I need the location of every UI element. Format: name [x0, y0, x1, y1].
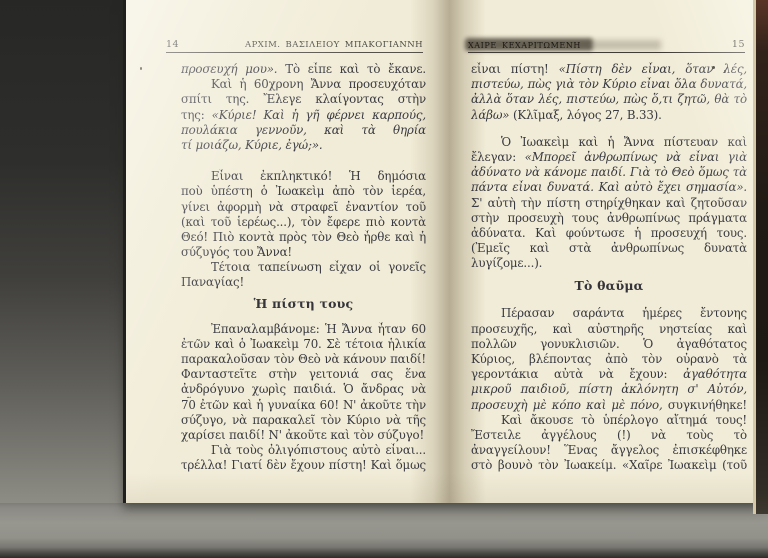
text-segment: στὴν προσευχὴ τους ἀνθρωπίνως πράγματα: [471, 211, 747, 225]
running-header-left: ΑΡΧΙΜ. ΒΑΣΙΛΕΙΟΥ ΜΠΑΚΟΓΙΑΝΝΗ: [245, 40, 423, 50]
text-segment: Γιὰ τοὺς ὀλιγόπιστους αὐτὸ εἶναι...: [211, 443, 426, 457]
text-segment: ἔλεγαν:: [471, 150, 525, 164]
text-line: Παναγίας!: [181, 275, 426, 290]
italic-text-segment: «Κύριε! Καὶ ἡ γῆ φέρνει καρπούς, καὶ τὰ: [181, 108, 426, 123]
text-segment: Ἐπαναλαμβάνομε: Ἡ Ἄννα ἦταν 60: [211, 322, 426, 336]
text-segment: Καὶ ἄκουσε τὸ ὑπέρλογο αἴτημά τους!: [501, 413, 747, 427]
text-line: λυγίζομε...).: [471, 256, 747, 271]
text-segment: Τὸ εἶπε καὶ τὸ ἔκανε.: [277, 62, 426, 76]
text-line: Εἶναι ἐκπληκτικό! Ἡ δημόσια προσβολὴ: [181, 169, 426, 184]
italic-text-segment: ἀγαθότητα: [683, 367, 747, 381]
paragraph-block: Ἐπαναλαμβάνομε: Ἡ Ἄννα ἦταν 60ἐτῶν καὶ ὁ…: [181, 322, 426, 474]
text-segment: τρέλλα! Γιατί δὲν ἔχουν πίστη! Καὶ ὅμως …: [181, 458, 426, 473]
text-line: Καὶ ἄκουσε τὸ ὑπέρλογο αἴτημά τους!: [471, 413, 747, 428]
scanned-book-spread: 14 ΑΡΧΙΜ. ΒΑΣΙΛΕΙΟΥ ΜΠΑΚΟΓΙΑΝΝΗ προσευχή…: [0, 0, 768, 558]
text-line: Σ' αὐτὴ τὴν πίστη στηρίχθηκαν καὶ ζητοῦσ…: [471, 196, 747, 211]
text-line: ἀναγγείλουν! Ἕνας ἄγγελος ἐπισκέφθηκε: [471, 443, 747, 458]
dust-speck: [338, 128, 340, 130]
text-column-right: εἶναι πίστη! «Πίστη δὲν εἶναι, ὅταν λές,…: [471, 62, 747, 474]
text-segment: της:: [181, 108, 212, 122]
italic-text-segment: πουλάκια γεννοῦν, καὶ τὰ θηρία γεννοῦν. …: [181, 123, 426, 138]
paragraph-block: εἶναι πίστη! «Πίστη δὲν εἶναι, ὅταν λές,…: [471, 62, 747, 123]
text-line: πολλῶν γονυκλισιῶν. Ὁ ἀγαθότατος: [471, 337, 747, 352]
scan-smudge-tail: [591, 40, 661, 50]
text-segment: ἐτῶν καὶ ὁ Ἰωακεὶμ 70. Σὲ τέτοια ἡλικία: [181, 337, 426, 351]
text-segment: Σ' αὐτὴ τὴν πίστη στηρίχθηκαν καὶ ζητοῦσ…: [471, 196, 747, 210]
italic-text-segment: λάβω»: [471, 108, 509, 122]
italic-text-segment: ἀδύνατο νὰ κάνομε παιδί. Γιὰ τὸ Θεὸ ὅμως…: [471, 165, 747, 179]
text-segment: σύζυγός του Ἄννα!: [181, 245, 292, 259]
text-line: εἶναι πίστη! «Πίστη δὲν εἶναι, ὅταν λές,: [471, 62, 747, 77]
text-segment: σύζυγο, νὰ παρακαλεῖ τὸν Κύριο νὰ τῆς: [181, 413, 426, 427]
italic-text-segment: προσευχή μου».: [181, 62, 277, 76]
open-book: 14 ΑΡΧΙΜ. ΒΑΣΙΛΕΙΟΥ ΜΠΑΚΟΓΙΑΝΝΗ προσευχή…: [123, 0, 760, 503]
text-line: χαρίσει παιδί! Ν' ἀκοῦτε καὶ τὸν σύζυγο!: [181, 428, 426, 443]
text-segment: 70 ἐτῶν καὶ ἡ γυναίκα 60! Ν' ἀκοῦτε τὴν: [181, 398, 426, 412]
text-line: πουλάκια γεννοῦν, καὶ τὰ θηρία γεννοῦν. …: [181, 123, 426, 138]
text-line: Κύριος, βλέποντας ἀπὸ τὸν οὐρανὸ τὰ: [471, 352, 747, 367]
text-line: Γιὰ τοὺς ὀλιγόπιστους αὐτὸ εἶναι...: [181, 443, 426, 458]
text-line: ἐτῶν καὶ ὁ Ἰωακεὶμ 70. Σὲ τέτοια ἡλικία: [181, 337, 426, 352]
text-line: Θεό! Πιὸ κοντὰ πρὸς τὸν Θεὸ ἦρθε καὶ ἡ: [181, 230, 426, 245]
text-segment: γίνει ἀφορμὴ νὰ στραφεῖ ἐναντίον τοῦ Θεο…: [181, 200, 426, 215]
italic-text-segment: «Πίστη δὲν εἶναι, ὅταν λές,: [559, 62, 747, 76]
text-segment: χαρίσει παιδί! Ν' ἀκοῦτε καὶ τὸν σύζυγο!: [181, 428, 424, 442]
text-segment: Θεό! Πιὸ κοντὰ πρὸς τὸν Θεὸ ἦρθε καὶ ἡ: [181, 230, 426, 244]
text-segment: πολλῶν γονυκλισιῶν. Ὁ ἀγαθότατος: [471, 337, 747, 351]
text-segment: συγκινήθηκε!: [668, 398, 747, 412]
text-line: ἀδύνατο νὰ κάνομε παιδί. Γιὰ τὸ Θεὸ ὅμως…: [471, 165, 747, 180]
text-line: Ἔστειλε ἀγγέλους (!) νὰ τοὺς τὸ: [471, 428, 747, 443]
text-line: Πέρασαν σαράντα ἡμέρες ἔντονης: [471, 306, 747, 321]
section-heading-left: Ἡ πίστη τους: [181, 296, 426, 311]
text-line: Ἐπαναλαμβάνομε: Ἡ Ἄννα ἦταν 60: [181, 322, 426, 337]
text-segment: παρακαλοῦσαν τὸν Θεὸ νὰ κάνουν παιδί!: [181, 352, 426, 366]
text-segment: Παναγίας!: [181, 275, 244, 289]
text-segment: (Κλῖμαξ, λόγος 27, Β.33).: [509, 108, 661, 122]
text-line: ἀδύνατα. Καὶ φούντωσε ἡ προσευχή τους.: [471, 226, 747, 241]
text-segment: Κύριος, βλέποντας ἀπὸ τὸν οὐρανὸ τὰ: [471, 352, 747, 366]
text-line: στὴν προσευχὴ τους ἀνθρωπίνως πράγματα: [471, 211, 747, 226]
text-line: τί μοιάζω, Κύριε, ἐγώ;».: [181, 138, 426, 153]
text-line: πιστεύω, πὼς γιὰ τὸν Κύριο εἶναι ὅλα δυν…: [471, 77, 747, 92]
text-line: Τέτοια ταπείνωση εἶχαν οἱ γονεῖς τῆς: [181, 260, 426, 275]
text-segment: ἀνδρόγυνο χωρὶς παιδιά. Ὁ ἄνδρας νὰ εἶνα…: [181, 382, 426, 397]
text-segment: γεροντάκια αὐτὰ νὰ ἔχουν:: [471, 367, 683, 381]
text-segment: ἀναγγείλουν! Ἕνας ἄγγελος ἐπισκέφθηκε: [471, 443, 747, 457]
paragraph-block: Ὁ Ἰωακεὶμ καὶ ἡ Ἄννα πίστευαν καὶἔλεγαν:…: [471, 135, 747, 272]
page-header-left: 14 ΑΡΧΙΜ. ΒΑΣΙΛΕΙΟΥ ΜΠΑΚΟΓΙΑΝΝΗ: [166, 39, 423, 50]
text-line: Καὶ ἡ 60χρονη Ἄννα προσευχόταν στὸ: [181, 77, 426, 92]
text-segment: ἀδύνατα. Καὶ φούντωσε ἡ προσευχή τους.: [471, 226, 747, 240]
text-line: λάβω» (Κλῖμαξ, λόγος 27, Β.33).: [471, 108, 747, 123]
text-line: στὸ βουνὸ τὸν Ἰωακείμ. «Χαῖρε Ἰωακεὶμ (τ…: [471, 458, 747, 473]
text-segment: (Ἐμεῖς καὶ στὰ ἀνθρωπίνως δυνατὰ: [471, 241, 747, 255]
text-segment: στὸ βουνὸ τὸν Ἰωακείμ. «Χαῖρε Ἰωακεὶμ (τ…: [471, 458, 747, 472]
text-line: προσευχὴ μὲ κόπο καὶ μὲ πόνο, συγκινήθηκ…: [471, 398, 747, 413]
text-line: ἔλεγαν: «Μπορεῖ ἀνθρωπίνως νὰ εἶναι γιὰ …: [471, 150, 747, 165]
text-segment: Εἶναι ἐκπληκτικό! Ἡ δημόσια προσβολὴ: [181, 169, 426, 184]
text-line: γίνει ἀφορμὴ νὰ στραφεῖ ἐναντίον τοῦ Θεο…: [181, 200, 426, 215]
running-header-right: ΧΑΙΡΕ ΚΕΧΑΡΙΤΩΜΕΝΗ: [468, 41, 581, 50]
text-line: της: «Κύριε! Καὶ ἡ γῆ φέρνει καρπούς, κα…: [181, 108, 426, 123]
page-number-right: 15: [732, 39, 745, 50]
paragraph-block: Πέρασαν σαράντα ἡμέρες ἔντονηςπροσευχῆς,…: [471, 306, 747, 473]
text-line: ἀνδρόγυνο χωρὶς παιδιά. Ὁ ἄνδρας νὰ εἶνα…: [181, 382, 426, 397]
text-segment: Τέτοια ταπείνωση εἶχαν οἱ γονεῖς τῆς: [181, 260, 426, 275]
text-line: (καὶ τοῦ ἱερέως...), τὸν ἔφερε πιὸ κοντὰ…: [181, 215, 426, 230]
text-segment: Ὁ Ἰωακεὶμ καὶ ἡ Ἄννα πίστευαν καὶ: [501, 135, 747, 149]
text-segment: λυγίζομε...).: [471, 256, 542, 270]
text-line: σύζυγο, νὰ παρακαλεῖ τὸν Κύριο νὰ τῆς: [181, 413, 426, 428]
page-number-left: 14: [166, 39, 179, 50]
paragraph-block: Εἶναι ἐκπληκτικό! Ἡ δημόσια προσβολὴποὺ …: [181, 169, 426, 291]
text-line: 70 ἐτῶν καὶ ἡ γυναίκα 60! Ν' ἀκοῦτε τὴν: [181, 398, 426, 413]
header-rule-left: [166, 52, 423, 53]
text-segment: (καὶ τοῦ ἱερέως...), τὸν ἔφερε πιὸ κοντὰ…: [181, 215, 426, 230]
text-segment: σπίτι της. Ἔλεγε κλαίγοντας στὴν προσευχ…: [181, 92, 426, 107]
text-line: Ὁ Ἰωακεὶμ καὶ ἡ Ἄννα πίστευαν καὶ: [471, 135, 747, 150]
italic-text-segment: τί μοιάζω, Κύριε, ἐγώ;».: [181, 138, 323, 152]
text-line: ἀλλὰ ὅταν λές, πιστεύω, πὼς ὅ,τι ζητῶ, θ…: [471, 92, 747, 107]
paragraph-block: προσευχή μου». Τὸ εἶπε καὶ τὸ ἔκανε.Καὶ …: [181, 62, 426, 153]
text-line: τρέλλα! Γιατί δὲν ἔχουν πίστη! Καὶ ὅμως …: [181, 458, 426, 473]
text-line: παρακαλοῦσαν τὸν Θεὸ νὰ κάνουν παιδί!: [181, 352, 426, 367]
dust-speck: [712, 66, 715, 69]
text-line: προσευχῆς, καὶ αὐστηρῆς νηστείας καὶ: [471, 322, 747, 337]
section-heading-right: Τὸ θαῦμα: [471, 278, 747, 293]
text-line: (Ἐμεῖς καὶ στὰ ἀνθρωπίνως δυνατὰ: [471, 241, 747, 256]
dust-speck: [140, 67, 142, 70]
text-line: προσευχή μου». Τὸ εἶπε καὶ τὸ ἔκανε.: [181, 62, 426, 77]
text-segment: Καὶ ἡ 60χρονη Ἄννα προσευχόταν στὸ: [181, 77, 426, 92]
italic-text-segment: πιστεύω, πὼς γιὰ τὸν Κύριο εἶναι ὅλα δυν…: [471, 77, 747, 91]
book-page-stack-edge: [753, 0, 768, 514]
text-segment: ποὺ ὑπέστη ὁ Ἰωακεὶμ ἀπὸ τὸν ἱερέα, ἀντὶ…: [181, 184, 426, 199]
scanner-bed-bottom: [0, 498, 768, 558]
text-line: μικροῦ παιδιοῦ, πίστη ἀκλόνητη σ' Αὐτόν,: [471, 382, 747, 397]
text-segment: εἶναι πίστη!: [471, 62, 559, 76]
text-line: ποὺ ὑπέστη ὁ Ἰωακεὶμ ἀπὸ τὸν ἱερέα, ἀντὶ…: [181, 184, 426, 199]
text-line: γεροντάκια αὐτὰ νὰ ἔχουν: ἀγαθότητα: [471, 367, 747, 382]
text-column-left: προσευχή μου». Τὸ εἶπε καὶ τὸ ἔκανε.Καὶ …: [181, 62, 426, 474]
text-line: πάντα εἶναι δυνατά. Καὶ αὐτὸ ἔχει σημασί…: [471, 180, 747, 195]
italic-text-segment: προσευχὴ μὲ κόπο καὶ μὲ πόνο,: [471, 398, 668, 412]
italic-text-segment: ἀλλὰ ὅταν λές, πιστεύω, πὼς ὅ,τι ζητῶ, θ…: [471, 92, 747, 106]
text-segment: Ἔστειλε ἀγγέλους (!) νὰ τοὺς τὸ: [471, 428, 747, 442]
italic-text-segment: πάντα εἶναι δυνατά. Καὶ αὐτὸ ἔχει σημασί…: [471, 180, 747, 194]
text-line: σύζυγός του Ἄννα!: [181, 245, 426, 260]
text-line: Φανταστεῖτε στὴν γειτονιά σας ἕνα: [181, 367, 426, 382]
scanner-bed-left: [0, 0, 123, 503]
text-segment: Πέρασαν σαράντα ἡμέρες ἔντονης: [501, 306, 747, 320]
text-line: σπίτι της. Ἔλεγε κλαίγοντας στὴν προσευχ…: [181, 92, 426, 107]
text-segment: Φανταστεῖτε στὴν γειτονιά σας ἕνα: [181, 367, 426, 381]
dust-speck: [724, 70, 726, 72]
text-segment: προσευχῆς, καὶ αὐστηρῆς νηστείας καὶ: [471, 322, 747, 336]
italic-text-segment: μικροῦ παιδιοῦ, πίστη ἀκλόνητη σ' Αὐτόν,: [471, 382, 747, 396]
header-rule-right: [468, 52, 745, 53]
